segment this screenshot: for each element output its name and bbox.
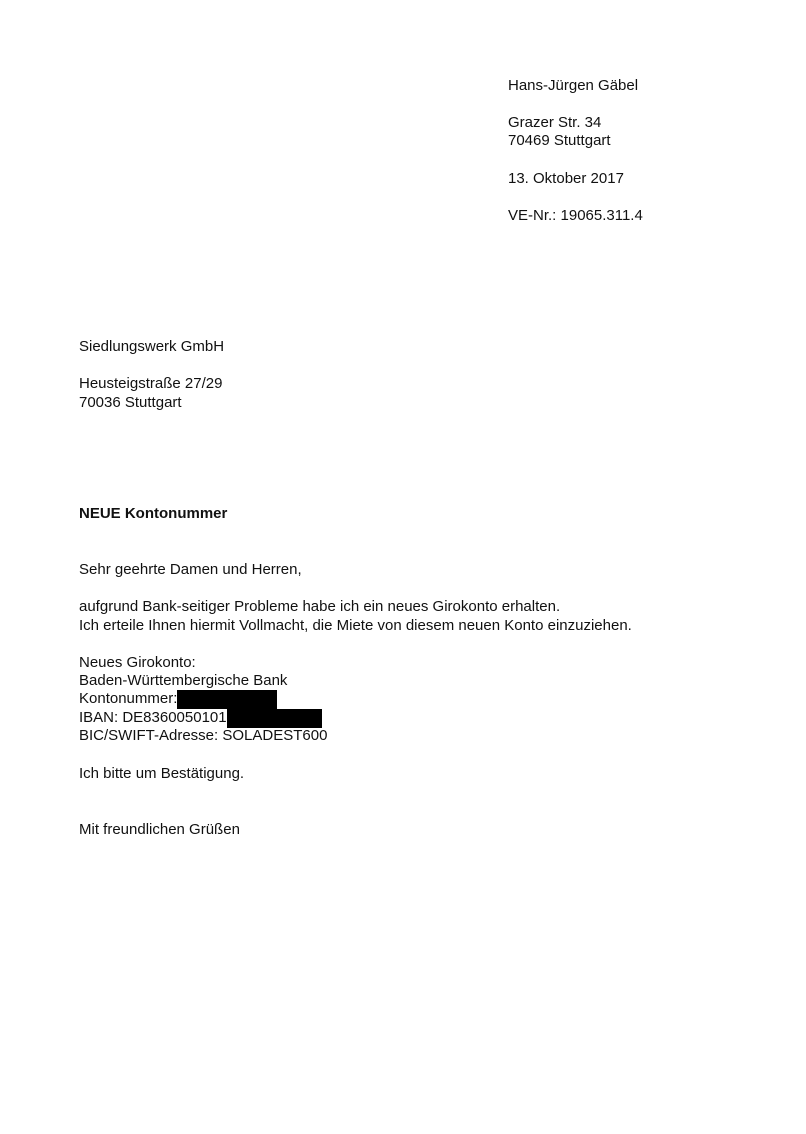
salutation: Sehr geehrte Damen und Herren, [79,561,302,580]
account-number-row: Kontonummer: [79,690,277,709]
closing: Mit freundlichen Grüßen [79,821,240,840]
account-number-label: Kontonummer: [79,690,177,707]
sender-city: 70469 Stuttgart [508,132,611,151]
subject-line: NEUE Kontonummer [79,505,227,524]
iban-row: IBAN: DE8360050101 [79,709,322,728]
confirmation-request: Ich bitte um Bestätigung. [79,765,244,784]
paragraph-line-2: Ich erteile Ihnen hiermit Vollmacht, die… [79,617,632,636]
sender-name: Hans-Jürgen Gäbel [508,77,638,96]
iban-label: IBAN: DE8360050101 [79,709,227,726]
bank-name: Baden-Württembergische Bank [79,672,287,691]
recipient-street: Heusteigstraße 27/29 [79,375,222,394]
bic-line: BIC/SWIFT-Adresse: SOLADEST600 [79,727,327,746]
sender-street: Grazer Str. 34 [508,114,601,133]
reference-number: VE-Nr.: 19065.311.4 [508,207,643,226]
recipient-city: 70036 Stuttgart [79,394,182,413]
paragraph-line-1: aufgrund Bank-seitiger Probleme habe ich… [79,598,560,617]
recipient-company: Siedlungswerk GmbH [79,338,224,357]
account-heading: Neues Girokonto: [79,654,196,673]
account-number-redaction [177,690,277,709]
iban-redaction [227,709,322,728]
letter-date: 13. Oktober 2017 [508,170,624,189]
